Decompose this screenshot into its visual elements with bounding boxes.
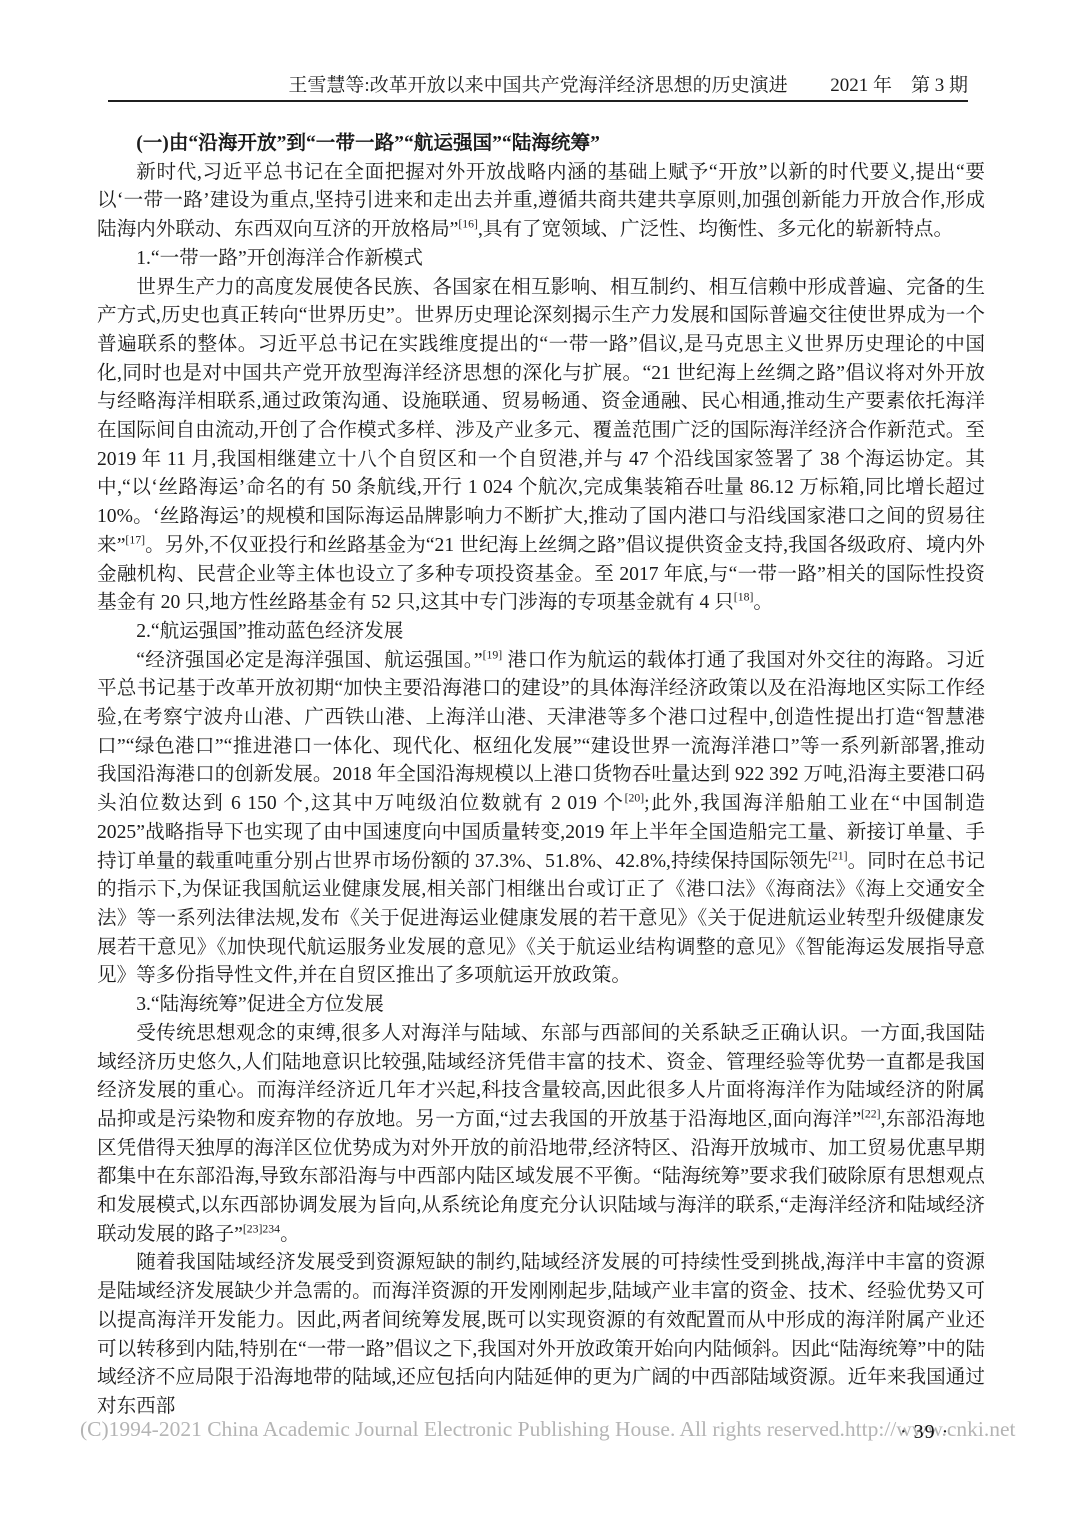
article-body: (一)由“沿海开放”到“一带一路”“航运强国”“陆海统筹”新时代,习近平总书记在… <box>97 130 985 1422</box>
paragraph: 新时代,习近平总书记在全面把握对外开放战略内涵的基础上赋予“开放”以新的时代要义… <box>97 159 985 245</box>
journal-page: 王雪慧等:改革开放以来中国共产党海洋经济思想的历史演进 2021 年 第 3 期… <box>0 0 1080 1527</box>
header-rule <box>108 100 968 102</box>
paragraph: 世界生产力的高度发展使各民族、各国家在相互影响、相互制约、相互信赖中形成普遍、完… <box>97 274 985 618</box>
issue-info: 2021 年 第 3 期 <box>830 70 968 97</box>
reference-marker: [20] <box>625 792 645 805</box>
sub-heading: 3.“陆海统筹”促进全方位发展 <box>97 991 985 1020</box>
page-footer: (C)1994-2021 China Academic Journal Elec… <box>80 1417 980 1442</box>
paragraph: 受传统思想观念的束缚,很多人对海洋与陆域、东部与西部间的关系缺乏正确认识。一方面… <box>97 1020 985 1250</box>
sub-heading: 1.“一带一路”开创海洋合作新模式 <box>97 245 985 274</box>
reference-marker: [21] <box>828 849 848 862</box>
reference-marker: [19] <box>483 648 503 661</box>
paragraph: 随着我国陆域经济发展受到资源短缺的制约,陆域经济发展的可持续性受到挑战,海洋中丰… <box>97 1249 985 1421</box>
page-header: 王雪慧等:改革开放以来中国共产党海洋经济思想的历史演进 2021 年 第 3 期 <box>108 70 968 96</box>
paragraph: “经济强国必定是海洋强国、航运强国。”[19] 港口作为航运的载体打通了我国对外… <box>97 647 985 991</box>
reference-marker: [17] <box>125 533 145 546</box>
copyright-notice: (C)1994-2021 China Academic Journal Elec… <box>80 1417 845 1442</box>
sub-heading: 2.“航运强国”推动蓝色经济发展 <box>97 618 985 647</box>
reference-marker: [18] <box>734 591 754 604</box>
running-title: 王雪慧等:改革开放以来中国共产党海洋经济思想的历史演进 <box>288 70 787 97</box>
page-number: · 39 · <box>900 1421 949 1444</box>
reference-marker: [22] <box>861 1107 881 1120</box>
reference-marker: [23]234 <box>243 1222 280 1235</box>
reference-marker: [16] <box>458 218 478 231</box>
section-heading: (一)由“沿海开放”到“一带一路”“航运强国”“陆海统筹” <box>97 130 985 159</box>
